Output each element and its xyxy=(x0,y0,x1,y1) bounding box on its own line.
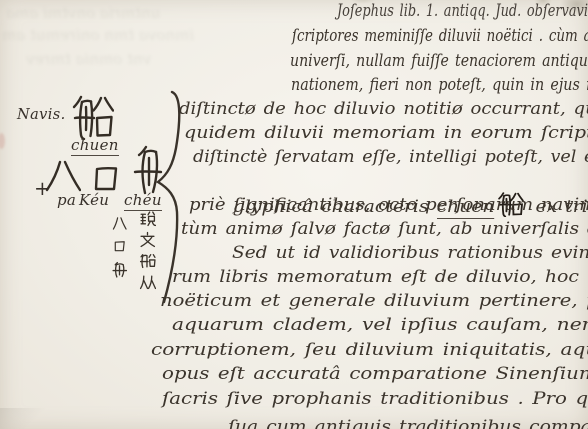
text-line: univerſi, nullam fuiſſe tenaciorem antiq… xyxy=(290,51,588,72)
text-line: corruptionem, ſeu diluvium iniquitatis, … xyxy=(151,340,588,361)
text-line: tùm animø ſalvø factø ſunt, ab univerſal… xyxy=(181,219,588,240)
text-line: opus eſt accuratâ comparatione Sinenſium… xyxy=(162,364,588,385)
text-line: diſtinctè ſervatam eſſe, intelligi poteſ… xyxy=(193,147,588,168)
text-line: quidem diluvii memoriam in eorum ſcriptu… xyxy=(184,123,588,144)
cropped-bottom-line: ſua cum antiquis traditionibus comparati… xyxy=(228,417,588,429)
text-line: Sed ut id validioribus rationibus evinca xyxy=(232,243,588,264)
manuscript-page: untmria onvtmi ama imnova tmn oniremut a… xyxy=(0,0,588,429)
text-line: rum libris memoratum eſt de diluvio, hoc… xyxy=(172,267,588,288)
text-line: Joſephus lib. 1. antiqq. Jud. obſervavit… xyxy=(337,1,588,22)
text-line: ſcriptores meminiſſe diluvii noëtici . c… xyxy=(292,26,588,47)
text-line: aquarum cladem, vel ipſius cauſam, nempe xyxy=(172,315,588,336)
latin-text-block: Joſephus lib. 1. antiqq. Jud. obſervavit… xyxy=(0,0,588,429)
text-line: nationem, fieri non poteſt, quin in ejus… xyxy=(291,75,588,96)
text-line: noëticum et generale diluvium pertinere,… xyxy=(160,291,588,312)
text-line: priè ſignificantibus, octo perſonarum na… xyxy=(189,195,588,216)
text-line: ſacris ſive prophanis traditionibus . Pr… xyxy=(162,389,588,410)
text-line: diſtinctø de hoc diluvio notitiø occurra… xyxy=(179,99,588,120)
